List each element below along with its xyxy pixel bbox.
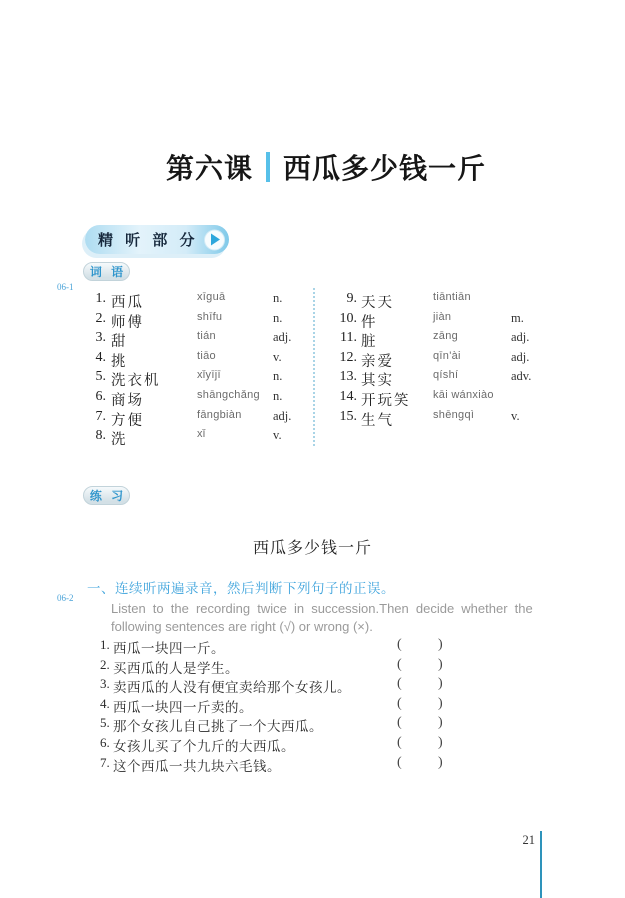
vocab-pos: n. — [273, 389, 282, 404]
exercise-item: 5. 那个女孩儿自己挑了一个大西瓜。 ( ) — [100, 715, 460, 735]
vocab-number: 10. — [330, 311, 357, 327]
vocab-column-left: 1. 西瓜 xīguā n. 2. 师傅 shīfu n. 3. 甜 tián … — [88, 291, 314, 448]
answer-paren-close: ) — [438, 755, 443, 771]
exercise-item: 4. 西瓜一块四一斤卖的。 ( ) — [100, 696, 460, 716]
vocab-number: 3. — [88, 330, 106, 346]
item-sentence: 西瓜一块四一斤。 — [113, 637, 225, 657]
vocab-pos: n. — [273, 311, 282, 326]
vocab-number: 9. — [330, 291, 357, 307]
vocab-word: 件 — [361, 311, 378, 332]
vocab-row: 11. 脏 zāng adj. — [330, 330, 552, 350]
vocab-pinyin: tián — [197, 330, 216, 342]
answer-paren-open[interactable]: ( — [397, 657, 402, 673]
vocab-number: 11. — [330, 330, 357, 346]
vocab-word: 方便 — [111, 409, 144, 430]
exercise-item: 6. 女孩儿买了个九斤的大西瓜。 ( ) — [100, 735, 460, 755]
vocab-pinyin: qīn'ài — [433, 350, 461, 362]
vocab-pinyin: fāngbiàn — [197, 409, 242, 421]
vocab-pos: adv. — [511, 369, 531, 384]
vocab-row: 9. 天天 tiāntiān — [330, 291, 552, 311]
vocab-number: 4. — [88, 350, 106, 366]
vocab-pos: v. — [273, 350, 282, 365]
vocab-pos: adj. — [273, 409, 291, 424]
vocab-pinyin: shīfu — [197, 311, 222, 323]
instruction-chinese: 一、连续听两遍录音，然后判断下列句子的正误。 — [87, 577, 395, 597]
answer-paren-close: ) — [438, 696, 443, 712]
vocab-row: 1. 西瓜 xīguā n. — [88, 291, 314, 311]
vocab-pinyin: xǐyījī — [197, 369, 221, 381]
vocab-number: 12. — [330, 350, 357, 366]
item-number: 7. — [100, 755, 110, 771]
vocab-word: 商场 — [111, 389, 144, 410]
vocab-row: 13. 其实 qíshí adv. — [330, 369, 552, 389]
vocab-pos: v. — [273, 428, 282, 443]
vocab-word: 洗衣机 — [111, 369, 161, 390]
exercise-item: 2. 买西瓜的人是学生。 ( ) — [100, 657, 460, 677]
vocab-number: 5. — [88, 369, 106, 385]
vocab-row: 12. 亲爱 qīn'ài adj. — [330, 350, 552, 370]
vocab-number: 6. — [88, 389, 106, 405]
vocab-column-divider — [313, 288, 315, 446]
item-number: 2. — [100, 657, 110, 673]
answer-paren-open[interactable]: ( — [397, 676, 402, 692]
vocab-section-badge: 词 语 — [83, 262, 130, 281]
item-sentence: 卖西瓜的人没有便宜卖给那个女孩儿。 — [113, 676, 351, 696]
vocab-word: 洗 — [111, 428, 128, 449]
vocab-word: 其实 — [361, 369, 394, 390]
vocab-number: 2. — [88, 311, 106, 327]
item-number: 4. — [100, 696, 110, 712]
answer-paren-open[interactable]: ( — [397, 696, 402, 712]
vocab-pinyin: shēngqì — [433, 409, 474, 421]
textbook-page: 第六课 西瓜多少钱一斤 精 听 部 分 词 语 06-1 1. 西瓜 xīguā… — [0, 0, 625, 898]
vocab-row: 6. 商场 shāngchǎng n. — [88, 389, 314, 409]
vocab-word: 亲爱 — [361, 350, 394, 371]
vocab-row: 7. 方便 fāngbiàn adj. — [88, 409, 314, 429]
listening-section-label: 精 听 部 分 — [85, 229, 199, 250]
vocab-row: 14. 开玩笑 kāi wánxiào — [330, 389, 552, 409]
vocab-pinyin: tiāntiān — [433, 291, 471, 303]
answer-paren-open[interactable]: ( — [397, 755, 402, 771]
vocab-pinyin: jiàn — [433, 311, 451, 323]
item-number: 5. — [100, 715, 110, 731]
title-separator-bar — [266, 152, 270, 182]
item-sentence: 那个女孩儿自己挑了一个大西瓜。 — [113, 715, 323, 735]
instruction-english-line1: Listen to the recording twice in success… — [111, 600, 543, 618]
vocab-pinyin: kāi wánxiào — [433, 389, 494, 401]
vocab-word: 甜 — [111, 330, 128, 351]
vocab-pos: n. — [273, 369, 282, 384]
vocab-pinyin: zāng — [433, 330, 458, 342]
answer-paren-close: ) — [438, 715, 443, 731]
vocab-pos: v. — [511, 409, 520, 424]
vocab-row: 5. 洗衣机 xǐyījī n. — [88, 369, 314, 389]
vocab-number: 13. — [330, 369, 357, 385]
practice-section-badge: 练 习 — [83, 486, 130, 505]
vocab-word: 生气 — [361, 409, 394, 430]
lesson-name: 西瓜多少钱一斤 — [283, 147, 486, 187]
instruction-english-line2: following sentences are right (√) or wro… — [111, 618, 543, 636]
vocab-row: 10. 件 jiàn m. — [330, 311, 552, 331]
vocab-pinyin: xǐ — [197, 428, 206, 440]
vocab-word: 师傅 — [111, 311, 144, 332]
vocab-word: 开玩笑 — [361, 389, 411, 410]
answer-paren-open[interactable]: ( — [397, 735, 402, 751]
vocab-pinyin: qíshí — [433, 369, 458, 381]
vocab-number: 7. — [88, 409, 106, 425]
vocab-number: 14. — [330, 389, 357, 405]
vocab-pos: n. — [273, 291, 282, 306]
exercise-subtitle: 西瓜多少钱一斤 — [0, 535, 625, 558]
exercise-item-list: 1. 西瓜一块四一斤。 ( ) 2. 买西瓜的人是学生。 ( ) 3. 卖西瓜的… — [100, 637, 460, 774]
footer-accent-line — [540, 831, 542, 898]
item-sentence: 女孩儿买了个九斤的大西瓜。 — [113, 735, 295, 755]
vocab-number: 8. — [88, 428, 106, 444]
exercise-item: 7. 这个西瓜一共九块六毛钱。 ( ) — [100, 755, 460, 775]
item-number: 3. — [100, 676, 110, 692]
instruction-english: Listen to the recording twice in success… — [111, 600, 543, 636]
audio-track-label-1: 06-1 — [57, 282, 74, 292]
lesson-number: 第六课 — [166, 147, 253, 187]
vocab-pos: adj. — [511, 330, 529, 345]
audio-track-label-2: 06-2 — [57, 593, 74, 603]
vocab-word: 挑 — [111, 350, 128, 371]
item-sentence: 买西瓜的人是学生。 — [113, 657, 239, 677]
item-sentence: 西瓜一块四一斤卖的。 — [113, 696, 253, 716]
vocab-pos: adj. — [273, 330, 291, 345]
item-number: 6. — [100, 735, 110, 751]
vocab-pinyin: xīguā — [197, 291, 225, 303]
play-audio-button[interactable] — [204, 229, 225, 250]
vocab-row: 3. 甜 tián adj. — [88, 330, 314, 350]
vocab-word: 脏 — [361, 330, 378, 351]
answer-paren-open[interactable]: ( — [397, 715, 402, 731]
vocab-column-right: 9. 天天 tiāntiān 10. 件 jiàn m. 11. 脏 zāng … — [330, 291, 552, 428]
vocab-number: 15. — [330, 409, 357, 425]
page-number: 21 — [505, 833, 535, 848]
answer-paren-close: ) — [438, 657, 443, 673]
vocab-row: 15. 生气 shēngqì v. — [330, 409, 552, 429]
vocab-pinyin: shāngchǎng — [197, 389, 260, 401]
vocab-pos: adj. — [511, 350, 529, 365]
exercise-item: 3. 卖西瓜的人没有便宜卖给那个女孩儿。 ( ) — [100, 676, 460, 696]
vocab-word: 天天 — [361, 291, 394, 312]
listening-section-badge: 精 听 部 分 — [85, 225, 229, 254]
vocab-pinyin: tiāo — [197, 350, 216, 362]
answer-paren-open[interactable]: ( — [397, 637, 402, 653]
item-number: 1. — [100, 637, 110, 653]
vocab-word: 西瓜 — [111, 291, 144, 312]
answer-paren-close: ) — [438, 676, 443, 692]
vocab-pos: m. — [511, 311, 524, 326]
exercise-item: 1. 西瓜一块四一斤。 ( ) — [100, 637, 460, 657]
lesson-title: 第六课 西瓜多少钱一斤 — [166, 147, 486, 187]
answer-paren-close: ) — [438, 735, 443, 751]
play-icon — [211, 234, 220, 246]
answer-paren-close: ) — [438, 637, 443, 653]
vocab-row: 4. 挑 tiāo v. — [88, 350, 314, 370]
vocab-row: 2. 师傅 shīfu n. — [88, 311, 314, 331]
vocab-number: 1. — [88, 291, 106, 307]
vocab-row: 8. 洗 xǐ v. — [88, 428, 314, 448]
item-sentence: 这个西瓜一共九块六毛钱。 — [113, 755, 281, 775]
